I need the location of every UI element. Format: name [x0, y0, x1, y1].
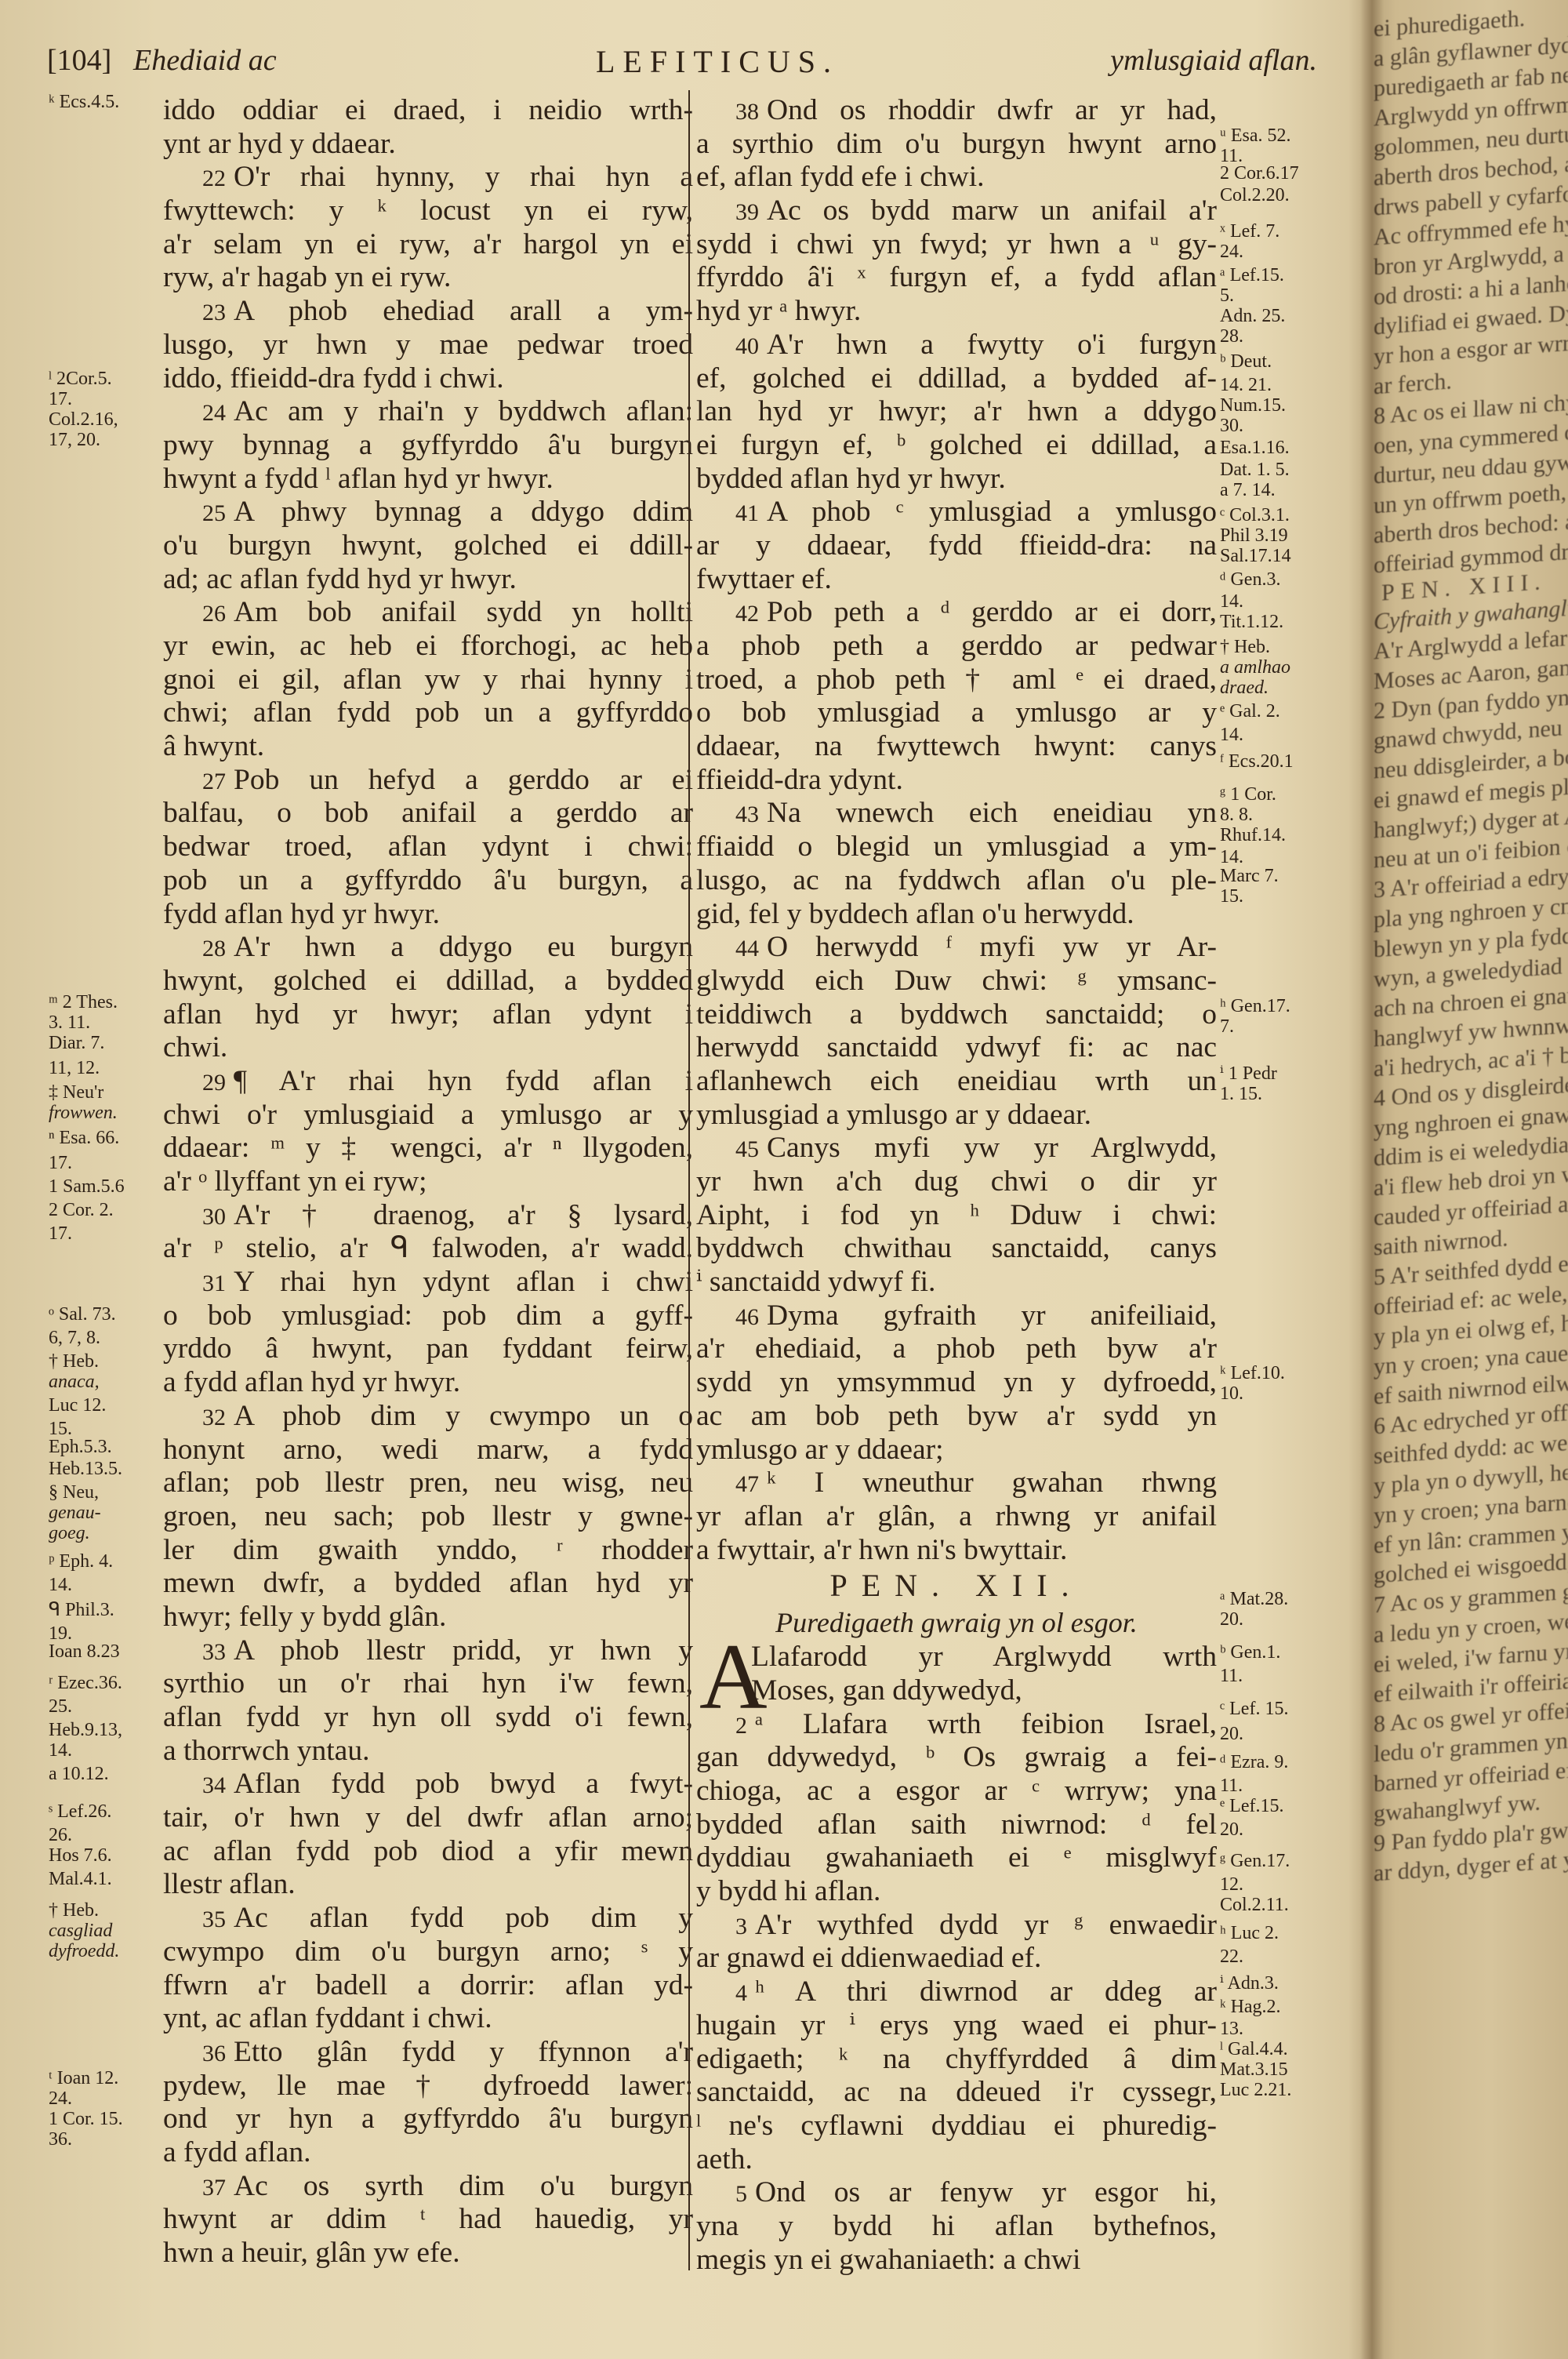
verse-number: 35 — [202, 1906, 226, 1932]
text-line: yrddo â hwynt, pan fyddant feirw, — [163, 1332, 693, 1366]
verse-text: hyd yr ᵃ hwyr. — [696, 295, 861, 327]
marginal-cross-reference: ᵈ Ezra. 9. — [1220, 1752, 1288, 1772]
verse-text: a syrthio dim o'u burgyn hwynt arno — [696, 128, 1217, 160]
text-line: edigaeth; ᵏ na chyffyrdded â dim — [696, 2043, 1217, 2077]
verse-text: ¶ A'r rhai hyn fydd aflan i — [234, 1065, 693, 1097]
verse-start-line: 36Etto glân fydd y ffynnon a'r — [163, 2036, 693, 2070]
verse-start-line: 33A phob llestr pridd, yr hwn y — [163, 1634, 693, 1668]
text-line: bedwar troed, aflan ydynt i chwi: — [163, 831, 693, 864]
text-line: pwy bynnag a gyffyrddo â'u burgyn — [163, 429, 693, 463]
text-line: ymlusgiad a ymlusgo ar y ddaear. — [696, 1099, 1217, 1132]
marginal-cross-reference: ᵏ Ecs.4.5. — [49, 92, 119, 112]
marginal-cross-reference: ᵉ Lef.15. — [1220, 1796, 1283, 1816]
text-line: honynt arno, wedi marw, a fydd — [163, 1434, 693, 1467]
text-line: a'r ehediaid, a phob peth byw a'r — [696, 1332, 1217, 1366]
marginal-cross-reference: Col.2.11. — [1220, 1895, 1289, 1915]
verse-text: A phob llestr pridd, yr hwn y — [234, 1634, 693, 1667]
verse-number: 37 — [202, 2175, 226, 2201]
text-line: pob un a gyffyrddo â'u burgyn, a — [163, 864, 693, 898]
verse-start-line: 30A'r † draenog, a'r § lysard, — [163, 1199, 693, 1233]
text-column-left: iddo oddiar ei draed, i neidio wrth-ynt … — [163, 94, 693, 2270]
text-line: hwn a heuir, glân yw efe. — [163, 2237, 693, 2270]
book-title: LEFITICUS. — [596, 43, 839, 80]
marginal-cross-reference: ‡ Neu'r — [49, 1082, 103, 1103]
verse-text: a'r ᵒ llyffant yn ei ryw; — [163, 1165, 427, 1198]
text-line: aflan; pob llestr pren, neu wisg, neu — [163, 1467, 693, 1500]
verse-text: chioga, ac a esgor ar ᶜ wrryw; yna — [696, 1775, 1217, 1807]
text-line: yr hwn a'ch dug chwi o dir yr — [696, 1165, 1217, 1199]
text-line: ffiaidd o blegid un ymlusgiad a ym- — [696, 831, 1217, 864]
text-line: troed, a phob peth † aml ᵉ ei draed, — [696, 663, 1217, 697]
verse-start-line: 32A phob dim y cwympo un o — [163, 1400, 693, 1434]
marginal-cross-reference: ᵖ Eph. 4. — [49, 1551, 113, 1572]
verse-text: bydded aflan saith niwrnod: ᵈ fel — [696, 1808, 1217, 1841]
marginal-cross-reference: ᵏ Hag.2. — [1220, 1997, 1281, 2017]
verse-number: 3 — [735, 1914, 747, 1939]
verse-text: a thorrwch yntau. — [163, 1735, 369, 1767]
text-line: ffwrn a'r badell a dorrir: aflan yd- — [163, 1969, 693, 2003]
text-line: ddaear: ᵐ y ‡ wengci, a'r ⁿ llygoden, — [163, 1132, 693, 1165]
verse-number: 28 — [202, 936, 226, 961]
text-line: chwi. — [163, 1031, 693, 1065]
verse-number: 4 — [735, 1980, 747, 2006]
verse-start-line: 3A'r wythfed dydd yr ᵍ enwaedir — [696, 1909, 1217, 1943]
marginal-cross-reference: 1 Cor. 15. — [49, 2109, 123, 2129]
verse-start-line: 37Ac os syrth dim o'u burgyn — [163, 2170, 693, 2204]
marginal-cross-reference: 28. — [1220, 326, 1243, 347]
marginal-cross-reference: 14. 21. — [1220, 375, 1272, 395]
verse-text: ymlusgiad a ymlusgo ar y ddaear. — [696, 1099, 1091, 1131]
verse-start-line: 43Na wnewch eich eneidiau yn — [696, 797, 1217, 831]
text-line: ei furgyn ef, ᵇ golched ei ddillad, a — [696, 429, 1217, 463]
text-line: ar gnawd ei ddienwaediad ef. — [696, 1942, 1217, 1976]
verse-text: A'r hwn a ddygo eu burgyn — [234, 931, 693, 963]
verse-text: A phob dim y cwympo un o — [234, 1400, 693, 1432]
verse-start-line: 4ʰ A thri diwrnod ar ddeg ar — [696, 1976, 1217, 2009]
verse-text: O'r rhai hynny, y rhai hyn a — [234, 161, 693, 193]
text-line: ar y ddaear, fydd ffieidd-dra: na — [696, 529, 1217, 563]
verse-text: edigaeth; ᵏ na chyffyrdded â dim — [696, 2043, 1217, 2075]
marginal-cross-reference: Col.2.16, — [49, 409, 118, 430]
text-line: chwi; aflan fydd pob un a gyffyrddo — [163, 696, 693, 730]
marginal-cross-reference: 14. — [49, 1740, 72, 1761]
verse-text: bydded aflan hyd yr hwyr. — [696, 463, 1006, 495]
text-line: lan hyd yr hwyr; a'r hwn a ddygo — [696, 395, 1217, 429]
text-line: balfau, o bob anifail a gerddo ar — [163, 797, 693, 831]
marginal-cross-reference: casgliad — [49, 1921, 112, 1941]
marginal-cross-reference: Diar. 7. — [49, 1033, 104, 1053]
verse-text: aeth. — [696, 2143, 753, 2175]
verse-text: ffyrddo â'i ˣ furgyn ef, a fydd aflan — [696, 261, 1217, 293]
verse-number: 40 — [735, 333, 759, 359]
text-line: fwyttaer ef. — [696, 563, 1217, 597]
marginal-cross-reference: 36. — [49, 2129, 72, 2150]
marginal-cross-reference: a 10.12. — [49, 1764, 109, 1784]
verse-text: ˡ ne's cyflawni dyddiau ei phuredig- — [696, 2110, 1217, 2142]
text-line: chwi o'r ymlusgiaid a ymlusgo ar y — [163, 1099, 693, 1132]
verse-text: ryw, a'r hagab yn ei ryw. — [163, 261, 451, 293]
marginal-cross-reference: ᵘ Esa. 52. — [1220, 125, 1291, 146]
verse-number: 22 — [202, 165, 226, 191]
verse-text: Y rhai hyn ydynt aflan i chwi — [234, 1266, 693, 1298]
text-line: byddwch chwithau sanctaidd, canys — [696, 1232, 1217, 1266]
verse-text: lan hyd yr hwyr; a'r hwn a ddygo — [696, 395, 1217, 427]
text-line: cwympo dim o'u burgyn arno; ˢ y — [163, 1936, 693, 1969]
marginal-cross-reference: 17. — [49, 389, 72, 409]
adjacent-page-text-top: ei phuredigaeth.a glân gyflawner dyddiau… — [1366, 0, 1568, 574]
marginal-cross-reference: dyfroedd. — [49, 1941, 119, 1961]
verse-text: fwyttaer ef. — [696, 563, 832, 595]
marginal-cross-reference: ᵇ Gen.1. — [1220, 1642, 1280, 1663]
verse-text: ef, aflan fydd efe i chwi. — [696, 161, 985, 193]
marginal-cross-reference: 17, 20. — [49, 430, 100, 450]
verse-text: a'r selam yn ei ryw, a'r hargol yn ei — [163, 228, 693, 260]
marginal-cross-reference: 2 Cor. 2. — [49, 1200, 114, 1220]
marginal-cross-reference: anaca, — [49, 1372, 100, 1392]
verse-text: Etto glân fydd y ffynnon a'r — [234, 2036, 693, 2068]
text-line: hwynt, golched ei ddillad, a bydded — [163, 965, 693, 998]
marginal-cross-reference: 1. 15. — [1220, 1084, 1262, 1104]
verse-start-line: 41A phob ᶜ ymlusgiad a ymlusgo — [696, 496, 1217, 529]
verse-text: yr ewin, ac heb ei fforchogi, ac heb — [163, 630, 693, 662]
text-line: fwyttewch: y ᵏ locust yn ei ryw, — [163, 194, 693, 228]
text-line: Moses, gan ddywedyd, — [696, 1674, 1217, 1708]
text-line: herwydd sanctaidd ydwyf fi: ac nac — [696, 1031, 1217, 1065]
text-line: lusgo, yr hwn y mae pedwar troed — [163, 329, 693, 362]
marginal-cross-reference: ᵐ 2 Thes. — [49, 992, 118, 1012]
marginal-cross-reference: draed. — [1220, 678, 1269, 698]
marginal-cross-reference: Heb.13.5. — [49, 1459, 122, 1479]
marginal-cross-reference: ʰ Luc 2. — [1220, 1923, 1279, 1943]
verse-text: o bob ymlusgiad: pob dim a gyff- — [163, 1299, 693, 1332]
marginal-cross-reference: ᵍ Gen.17. — [1220, 1851, 1290, 1871]
text-line: ˡ ne's cyflawni dyddiau ei phuredig- — [696, 2110, 1217, 2143]
verse-text: ffiaidd o blegid un ymlusgiad a ym- — [696, 831, 1217, 863]
verse-text: a fydd aflan. — [163, 2136, 310, 2168]
drop-cap-letter: A — [699, 1641, 768, 1713]
verse-number: 29 — [202, 1070, 226, 1096]
verse-text: syrthio un o'r rhai hyn i'w fewn, — [163, 1667, 693, 1699]
verse-start-line: 35Ac aflan fydd pob dim y — [163, 1902, 693, 1936]
verse-start-line: 46Dyma gyfraith yr anifeiliaid, — [696, 1299, 1217, 1333]
verse-number: 42 — [735, 601, 759, 627]
verse-text: gid, fel y byddech aflan o'u herwydd. — [696, 898, 1134, 930]
text-line: groen, neu sach; pob llestr y gwne- — [163, 1500, 693, 1534]
marginal-cross-reference: ᶠ Ecs.20.1 — [1220, 751, 1294, 772]
marginal-cross-reference: 25. — [49, 1696, 72, 1717]
verse-number: 45 — [735, 1136, 759, 1162]
marginal-cross-reference: 14. — [49, 1575, 72, 1595]
verse-text: A'r † draenog, a'r § lysard, — [234, 1199, 693, 1231]
verse-text: lusgo, ac na fyddwch aflan o'u ple- — [696, 864, 1217, 896]
verse-text: ond yr hyn a gyffyrddo â'u burgyn — [163, 2103, 693, 2135]
verse-text: A phwy bynnag a ddygo ddim — [234, 496, 693, 528]
marginal-cross-reference: 13. — [1220, 2019, 1243, 2039]
marginal-cross-reference: 14. — [1220, 847, 1243, 867]
verse-text: sydd i chwi yn fwyd; yr hwn a ᵘ gy- — [696, 228, 1217, 260]
marginal-cross-reference: 1 Sam.5.6 — [49, 1176, 125, 1197]
verse-number: 43 — [735, 801, 759, 827]
marginal-cross-reference: a 7. 14. — [1220, 480, 1276, 500]
marginal-cross-reference: 22. — [1220, 1946, 1243, 1967]
text-line: aeth. — [696, 2143, 1217, 2177]
marginal-cross-reference: 20. — [1220, 1609, 1243, 1630]
verse-text: Ond os ar fenyw yr esgor hi, — [755, 2176, 1217, 2208]
marginal-cross-reference: Dat. 1. 5. — [1220, 460, 1290, 480]
text-line: fydd aflan hyd yr hwyr. — [163, 898, 693, 932]
text-line: teiddiwch a byddwch sanctaidd; o — [696, 998, 1217, 1032]
verse-text: Na wnewch eich eneidiau yn — [767, 797, 1217, 829]
marginal-cross-reference: Marc 7. — [1220, 866, 1279, 886]
verse-text: ᵃ Llafara wrth feibion Israel, — [755, 1708, 1217, 1740]
verse-text: glwydd eich Duw chwi: ᵍ ymsanc- — [696, 965, 1217, 997]
verse-text: ar y ddaear, fydd ffieidd-dra: na — [696, 529, 1217, 562]
verse-text: A phob ehediad arall a ym- — [234, 295, 693, 327]
marginal-cross-reference: goeg. — [49, 1523, 90, 1543]
text-line: bydded aflan hyd yr hwyr. — [696, 463, 1217, 496]
marginal-cross-reference: ⁱ 1 Pedr — [1220, 1063, 1277, 1084]
verse-text: hwynt, golched ei ddillad, a bydded — [163, 965, 693, 997]
verse-text: troed, a phob peth † aml ᵉ ei draed, — [696, 663, 1217, 696]
verse-start-line: 31Y rhai hyn ydynt aflan i chwi — [163, 1266, 693, 1299]
verse-text: Pob un hefyd a gerddo ar ei — [234, 764, 693, 796]
verse-text: fydd aflan hyd yr hwyr. — [163, 898, 440, 930]
verse-text: Aflan fydd pob bwyd a fwyt- — [234, 1768, 693, 1800]
right-running-title: ymlusgiaid aflan. — [1110, 43, 1317, 78]
verse-text: yr aflan a'r glân, a rhwng yr anifail — [696, 1500, 1217, 1532]
text-line: Llafarodd yr Arglwydd wrth — [696, 1641, 1217, 1674]
verse-text: chwi o'r ymlusgiaid a ymlusgo ar y — [163, 1099, 693, 1131]
marginal-cross-reference: 2 Cor.6.17 — [1220, 163, 1299, 184]
verse-text: A'r wythfed dydd yr ᵍ enwaedir — [755, 1909, 1217, 1941]
marginal-cross-reference: ᑫ Phil.3. — [49, 1600, 114, 1620]
text-line: yna y bydd hi aflan bythefnos, — [696, 2210, 1217, 2244]
marginal-cross-reference: Sal.17.14 — [1220, 546, 1291, 566]
verse-start-line: 38Ond os rhoddir dwfr ar yr had, — [696, 94, 1217, 128]
marginal-cross-reference: 11, 12. — [49, 1058, 100, 1078]
text-line: iddo oddiar ei draed, i neidio wrth- — [163, 94, 693, 128]
verse-start-line: 42Pob peth a ᵈ gerddo ar ei dorr, — [696, 596, 1217, 630]
marginal-cross-reference: § Neu, — [49, 1482, 99, 1503]
marginal-cross-reference: 14. — [1220, 725, 1243, 745]
text-line: iddo, ffieidd-dra fydd i chwi. — [163, 362, 693, 396]
verse-text: Llafarodd yr Arglwydd wrth — [751, 1641, 1217, 1673]
verse-number: 47 — [735, 1471, 759, 1497]
text-line: a syrthio dim o'u burgyn hwynt arno — [696, 128, 1217, 162]
marginal-cross-reference: ᵏ Lef.10. — [1220, 1363, 1285, 1383]
text-line: sydd yn ymsymmud yn y dyfroedd, — [696, 1366, 1217, 1400]
text-line: ffieidd-dra ydynt. — [696, 764, 1217, 798]
verse-text: â hwynt. — [163, 730, 264, 762]
verse-text: Canys myfi yw yr Arglwydd, — [767, 1132, 1217, 1164]
marginal-cross-reference: ᵒ Sal. 73. — [49, 1304, 116, 1325]
text-line: ⁱ sanctaidd ydwyf fi. — [696, 1266, 1217, 1299]
verse-text: aflan; pob llestr pren, neu wisg, neu — [163, 1467, 693, 1499]
text-line: yr aflan a'r glân, a rhwng yr anifail — [696, 1500, 1217, 1534]
marginal-cross-reference: ˡ 2Cor.5. — [49, 369, 112, 389]
verse-text: yr hwn a'ch dug chwi o dir yr — [696, 1165, 1217, 1198]
text-line: ffyrddo â'i ˣ furgyn ef, a fydd aflan — [696, 261, 1217, 295]
verse-text: bedwar troed, aflan ydynt i chwi: — [163, 831, 693, 863]
text-line: tair, o'r hwn y del dwfr aflan arno; — [163, 1801, 693, 1835]
marginal-cross-reference: ᵃ Mat.28. — [1220, 1589, 1288, 1609]
verse-start-line: 28A'r hwn a ddygo eu burgyn — [163, 931, 693, 965]
text-line: Aipht, i fod yn ʰ Dduw i chwi: — [696, 1199, 1217, 1233]
text-line: ler dim gwaith ynddo, ʳ rhodder — [163, 1534, 693, 1568]
text-line: ad; ac aflan fydd hyd yr hwyr. — [163, 563, 693, 597]
verse-text: ffwrn a'r badell a dorrir: aflan yd- — [163, 1969, 693, 2001]
verse-start-line: 5Ond os ar fenyw yr esgor hi, — [696, 2176, 1217, 2210]
marginal-cross-reference: 5. — [1220, 285, 1234, 306]
text-line: a phob peth a gerddo ar pedwar — [696, 630, 1217, 663]
text-line: sydd i chwi yn fwyd; yr hwn a ᵘ gy- — [696, 228, 1217, 262]
verse-text: Ond os rhoddir dwfr ar yr had, — [767, 94, 1217, 126]
marginal-cross-reference: Luc 12. — [49, 1395, 106, 1416]
text-line: hwynt ar ddim ᵗ had hauedig, yr — [163, 2203, 693, 2237]
verse-text: hwynt a fydd ˡ aflan hyd yr hwyr. — [163, 463, 554, 495]
marginal-cross-reference: 6, 7, 8. — [49, 1328, 100, 1348]
verse-text: tair, o'r hwn y del dwfr aflan arno; — [163, 1801, 693, 1834]
text-line: aflanhewch eich eneidiau wrth un — [696, 1065, 1217, 1099]
text-line: ryw, a'r hagab yn ei ryw. — [163, 261, 693, 295]
marginal-cross-reference: Phil 3.19 — [1220, 525, 1288, 546]
text-line: lusgo, ac na fyddwch aflan o'u ple- — [696, 864, 1217, 898]
text-line: ond yr hyn a gyffyrddo â'u burgyn — [163, 2103, 693, 2136]
chapter-opening: A Llafarodd yr Arglwydd wrthMoses, gan d… — [696, 1641, 1217, 1707]
marginal-cross-reference: 20. — [1220, 1724, 1243, 1744]
verse-text: Moses, gan ddywedyd, — [751, 1674, 1022, 1707]
text-line: dyddiau gwahaniaeth ei ᵉ misglwyf — [696, 1841, 1217, 1875]
text-line: aflan fydd yr hyn oll sydd o'i fewn, — [163, 1701, 693, 1735]
verse-text: o bob ymlusgiad a ymlusgo ar y — [696, 696, 1217, 729]
text-line: ef, golched ei ddillad, a bydded af- — [696, 362, 1217, 396]
text-line: a fydd aflan. — [163, 2136, 693, 2170]
verse-number: 27 — [202, 769, 226, 794]
chapter-heading: PEN. XII. — [696, 1567, 1217, 1605]
marginal-cross-reference: 10. — [1220, 1383, 1243, 1404]
marginal-cross-reference: Num.15. — [1220, 395, 1286, 416]
text-line: hwynt a fydd ˡ aflan hyd yr hwyr. — [163, 463, 693, 496]
text-line: y bydd hi aflan. — [696, 1875, 1217, 1909]
verse-number: 46 — [735, 1304, 759, 1330]
verse-text: sydd yn ymsymmud yn y dyfroedd, — [696, 1366, 1217, 1398]
verse-number: 23 — [202, 300, 226, 325]
leviticus-12-verses: 2ᵃ Llafara wrth feibion Israel,gan ddywe… — [696, 1708, 1217, 2277]
verse-start-line: 29¶ A'r rhai hyn fydd aflan i — [163, 1065, 693, 1099]
text-line: hwyr; felly y bydd glân. — [163, 1601, 693, 1634]
verse-text: ⁱ sanctaidd ydwyf fi. — [696, 1266, 935, 1298]
column-divider-rule — [688, 90, 690, 2270]
verse-text: O herwydd ᶠ myfi yw yr Ar- — [767, 931, 1217, 963]
verse-number: 30 — [202, 1204, 226, 1230]
verse-text: aflanhewch eich eneidiau wrth un — [696, 1065, 1217, 1097]
verse-start-line: 47ᵏ I wneuthur gwahan rhwng — [696, 1467, 1217, 1500]
text-column-right: 38Ond os rhoddir dwfr ar yr had,a syrthi… — [696, 94, 1217, 2277]
marginal-cross-reference: ˢ Lef.26. — [49, 1801, 111, 1822]
running-header: [104] Ehediaid ac LEFITICUS. ymlusgiaid … — [47, 43, 1317, 90]
text-line: hugain yr ⁱ erys yng waed ei phur- — [696, 2009, 1217, 2043]
verse-text: ef, golched ei ddillad, a bydded af- — [696, 362, 1217, 394]
text-line: llestr aflan. — [163, 1868, 693, 1902]
marginal-cross-reference: ᵍ 1 Cor. — [1220, 784, 1276, 805]
text-line: gnoi ei gil, aflan yw y rhai hynny i — [163, 663, 693, 697]
marginal-cross-reference: 7. — [1220, 1016, 1234, 1037]
verse-text: a fydd aflan hyd yr hwyr. — [163, 1366, 460, 1398]
text-line: yr ewin, ac heb ei fforchogi, ac heb — [163, 630, 693, 663]
marginal-cross-reference: Heb.9.13, — [49, 1720, 122, 1740]
verse-text: A phob ᶜ ymlusgiad a ymlusgo — [767, 496, 1217, 528]
verse-text: hugain yr ⁱ erys yng waed ei phur- — [696, 2009, 1217, 2041]
marginal-cross-reference: Tit.1.12. — [1220, 612, 1283, 632]
verse-text: yna y bydd hi aflan bythefnos, — [696, 2210, 1217, 2242]
adjacent-page-text-bottom: A'r Arglwydd a lefarodd wrthMoses ac Aar… — [1366, 631, 1568, 1882]
marginal-cross-reference: ʰ Gen.17. — [1220, 996, 1290, 1016]
marginal-cross-reference: Esa.1.16. — [1220, 438, 1290, 458]
text-line: ynt, ac aflan fyddant i chwi. — [163, 2002, 693, 2036]
verse-text: herwydd sanctaidd ydwyf fi: ac nac — [696, 1031, 1217, 1063]
verse-text: Aipht, i fod yn ʰ Dduw i chwi: — [696, 1199, 1217, 1231]
verse-text: ffieidd-dra ydynt. — [696, 764, 903, 796]
verse-text: Ac aflan fydd pob dim y — [234, 1902, 693, 1934]
verse-text: o'u burgyn hwynt, golched ei ddill- — [163, 529, 693, 562]
verse-text: cwympo dim o'u burgyn arno; ˢ y — [163, 1936, 693, 1968]
verse-start-line: 2ᵃ Llafara wrth feibion Israel, — [696, 1708, 1217, 1742]
verse-text: fwyttewch: y ᵏ locust yn ei ryw, — [163, 194, 693, 227]
marginal-cross-reference: Ioan 8.23 — [49, 1641, 120, 1662]
verse-text: chwi; aflan fydd pob un a gyffyrddo — [163, 696, 693, 729]
text-line: ef, aflan fydd efe i chwi. — [696, 161, 1217, 194]
verse-text: a fwyttair, a'r hwn ni's bwyttair. — [696, 1534, 1067, 1566]
text-line: megis yn ei gwahaniaeth: a chwi — [696, 2244, 1217, 2277]
marginal-cross-reference: frowwen. — [49, 1103, 118, 1123]
verse-text: sanctaidd, ac na ddeued i'r cyssegr, — [696, 2076, 1217, 2108]
text-line: aflan hyd yr hwyr; aflan ydynt i — [163, 998, 693, 1032]
verse-text: yrddo â hwynt, pan fyddant feirw, — [163, 1332, 693, 1365]
verse-number: 26 — [202, 601, 226, 627]
chapter-summary: Puredigaeth gwraig yn ol esgor. — [696, 1605, 1217, 1641]
verse-text: dyddiau gwahaniaeth ei ᵉ misglwyf — [696, 1841, 1217, 1874]
marginal-cross-reference: ʳ Ezec.36. — [49, 1673, 122, 1693]
verse-text: Ac os syrth dim o'u burgyn — [234, 2170, 693, 2202]
verse-start-line: 25A phwy bynnag a ddygo ddim — [163, 496, 693, 529]
verse-text: pob un a gyffyrddo â'u burgyn, a — [163, 864, 693, 896]
verse-number: 25 — [202, 500, 226, 526]
marginal-cross-reference: Mat.3.15 — [1220, 2059, 1288, 2080]
verse-text: ler dim gwaith ynddo, ʳ rhodder — [163, 1534, 693, 1566]
verse-text: megis yn ei gwahaniaeth: a chwi — [696, 2244, 1080, 2276]
verse-text: ad; ac aflan fydd hyd yr hwyr. — [163, 563, 517, 595]
marginal-cross-reference: ᵃ Lef.15. — [1220, 265, 1284, 285]
book-page-left: [104] Ehediaid ac LEFITICUS. ymlusgiaid … — [0, 0, 1364, 2359]
verse-text: teiddiwch a byddwch sanctaidd; o — [696, 998, 1217, 1030]
marginal-cross-reference: ⁱ Adn.3. — [1220, 1973, 1279, 1994]
verse-start-line: 22O'r rhai hynny, y rhai hyn a — [163, 161, 693, 194]
text-line: a fydd aflan hyd yr hwyr. — [163, 1366, 693, 1400]
verse-text: aflan hyd yr hwyr; aflan ydynt i — [163, 998, 693, 1030]
verse-text: gnoi ei gil, aflan yw y rhai hynny i — [163, 663, 693, 696]
marginal-cross-reference: 17. — [49, 1223, 72, 1244]
marginal-cross-reference: ᵈ Gen.3. — [1220, 569, 1280, 590]
marginal-cross-reference: 11. — [1220, 1776, 1243, 1796]
verse-start-line: 39Ac os bydd marw un anifail a'r — [696, 194, 1217, 228]
text-line: sanctaidd, ac na ddeued i'r cyssegr, — [696, 2076, 1217, 2110]
verse-text: pydew, lle mae † dyfroedd lawer: — [163, 2070, 693, 2102]
text-line: o bob ymlusgiad: pob dim a gyff- — [163, 1299, 693, 1333]
verse-start-line: 45Canys myfi yw yr Arglwydd, — [696, 1132, 1217, 1165]
verse-text: hwyr; felly y bydd glân. — [163, 1601, 446, 1633]
marginal-cross-reference: 15. — [1220, 886, 1243, 907]
marginal-cross-reference: Adn. 25. — [1220, 306, 1285, 326]
